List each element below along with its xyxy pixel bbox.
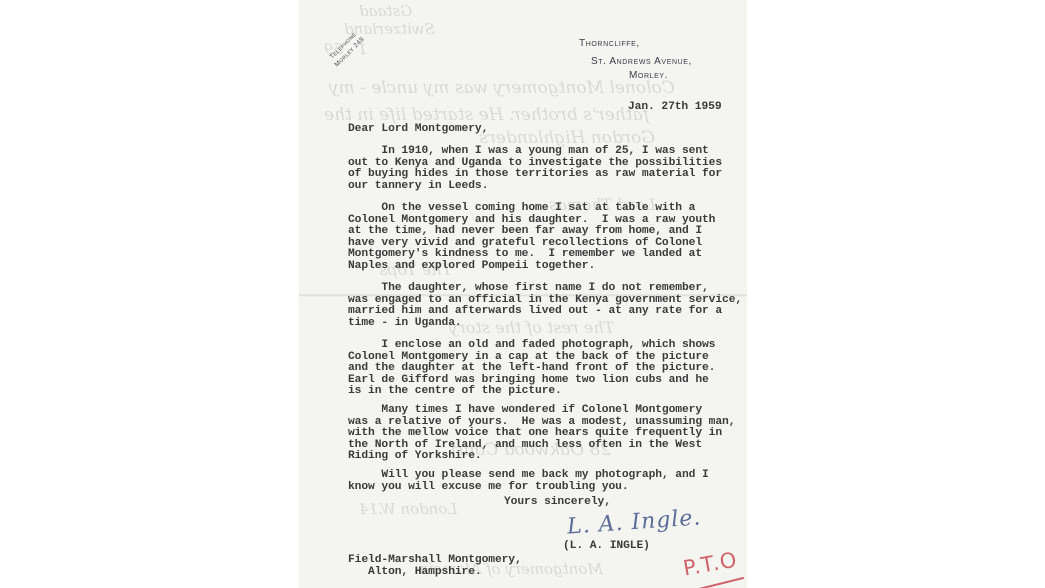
showthrough-text: Colonel Montgomery was my uncle - my [329, 78, 675, 98]
showthrough-text: London W.14 [359, 500, 457, 518]
address-line-2: St. Andrews Avenue, [591, 56, 692, 67]
paragraph: I enclose an old and faded photograph, w… [348, 340, 715, 398]
letter-page: Gstaad Switzerland 1 - 59 Colonel Montgo… [299, 0, 747, 588]
telephone-stamp: Telephone Morley 248 [326, 29, 366, 69]
handwritten-signature: L. A. Ingle. [566, 505, 702, 539]
address-line-3: Morley. [629, 70, 668, 81]
address-line-1: Thorncliffe, [579, 38, 640, 49]
showthrough-text: father's brother. He started life in the [324, 105, 649, 125]
paragraph: The daughter, whose first name I do not … [348, 283, 742, 329]
paragraph: Many times I have wondered if Colonel Mo… [348, 405, 735, 463]
signatory-name: (L. A. INGLE) [563, 541, 650, 553]
paragraph: In 1910, when I was a young man of 25, I… [348, 146, 722, 192]
closing: Yours sincerely, [504, 497, 611, 509]
pto-annotation: P.T.O [681, 547, 739, 580]
salutation: Dear Lord Montgomery, [348, 124, 488, 136]
recipient-line-1: Field-Marshall Montgomery, [348, 555, 522, 567]
paragraph: On the vessel coming home I sat at table… [348, 203, 715, 273]
paragraph: Will you please send me back my photogra… [348, 470, 709, 493]
letter-date: Jan. 27th 1959 [628, 102, 722, 114]
showthrough-text: Gstaad [359, 2, 412, 20]
recipient-line-2: Alton, Hampshire. [348, 567, 482, 579]
